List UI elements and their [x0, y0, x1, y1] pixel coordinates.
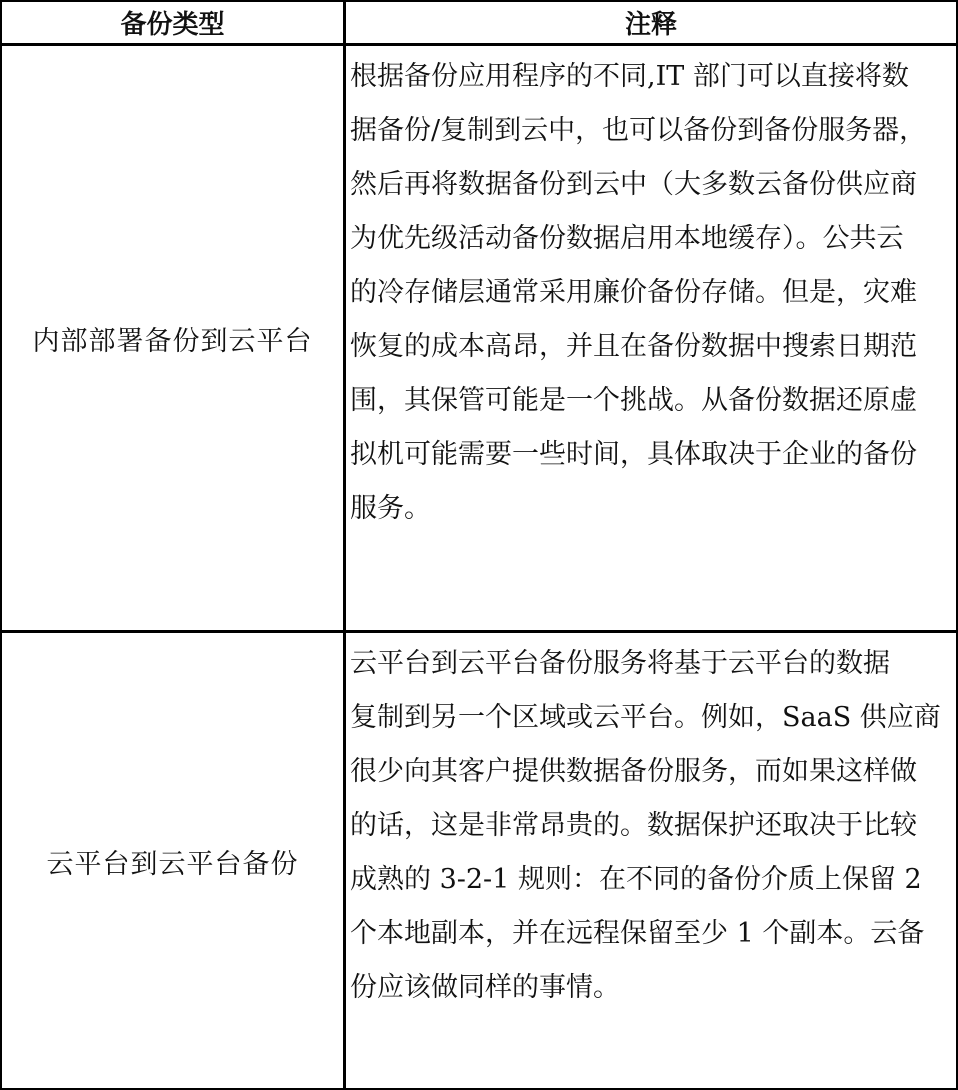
backup-type-label: 云平台到云平台备份	[47, 842, 299, 881]
table-header-row: 备份类型 注释	[2, 2, 956, 46]
backup-types-table: 备份类型 注释 内部部署备份到云平台 根据备份应用程序的不同,IT 部门可以直接…	[0, 0, 958, 1090]
note-line: 围，其保管可能是一个挑战。从备份数据还原虚	[350, 374, 956, 428]
table-row: 内部部署备份到云平台 根据备份应用程序的不同,IT 部门可以直接将数 据备份/复…	[2, 46, 956, 633]
note-line: 的冷存储层通常采用廉价备份存储。但是，灾难	[350, 266, 956, 320]
note-line: 的话，这是非常昂贵的。数据保护还取决于比较	[350, 799, 956, 853]
notes-text: 根据备份应用程序的不同,IT 部门可以直接将数 据备份/复制到云中，也可以备份到…	[350, 46, 956, 536]
note-line: 拟机可能需要一些时间，具体取决于企业的备份	[350, 428, 956, 482]
note-line: 成熟的 3-2-1 规则：在不同的备份介质上保留 2	[350, 853, 956, 907]
notes-text: 云平台到云平台备份服务将基于云平台的数据 复制到另一个区域或云平台。例如，Saa…	[350, 633, 956, 1015]
note-line: 复制到另一个区域或云平台。例如，SaaS 供应商	[350, 691, 956, 745]
header-notes: 注释	[346, 2, 956, 43]
notes-cell: 根据备份应用程序的不同,IT 部门可以直接将数 据备份/复制到云中，也可以备份到…	[346, 46, 956, 630]
note-line: 据备份/复制到云中，也可以备份到备份服务器，	[350, 104, 956, 158]
backup-type-cell: 云平台到云平台备份	[2, 633, 346, 1090]
note-line: 个本地副本，并在远程保留至少 1 个副本。云备	[350, 907, 956, 961]
note-line: 云平台到云平台备份服务将基于云平台的数据	[350, 637, 956, 691]
note-line: 然后再将数据备份到云中（大多数云备份供应商	[350, 158, 956, 212]
note-line: 很少向其客户提供数据备份服务，而如果这样做	[350, 745, 956, 799]
table-row: 云平台到云平台备份 云平台到云平台备份服务将基于云平台的数据 复制到另一个区域或…	[2, 633, 956, 1090]
note-line: 份应该做同样的事情。	[350, 961, 956, 1015]
header-backup-type: 备份类型	[2, 2, 346, 43]
note-line: 根据备份应用程序的不同,IT 部门可以直接将数	[350, 50, 956, 104]
notes-cell: 云平台到云平台备份服务将基于云平台的数据 复制到另一个区域或云平台。例如，Saa…	[346, 633, 956, 1090]
note-line: 服务。	[350, 482, 956, 536]
note-line: 恢复的成本高昂，并且在备份数据中搜索日期范	[350, 320, 956, 374]
backup-type-cell: 内部部署备份到云平台	[2, 46, 346, 630]
note-line: 为优先级活动备份数据启用本地缓存）。公共云	[350, 212, 956, 266]
backup-type-label: 内部部署备份到云平台	[33, 319, 313, 358]
